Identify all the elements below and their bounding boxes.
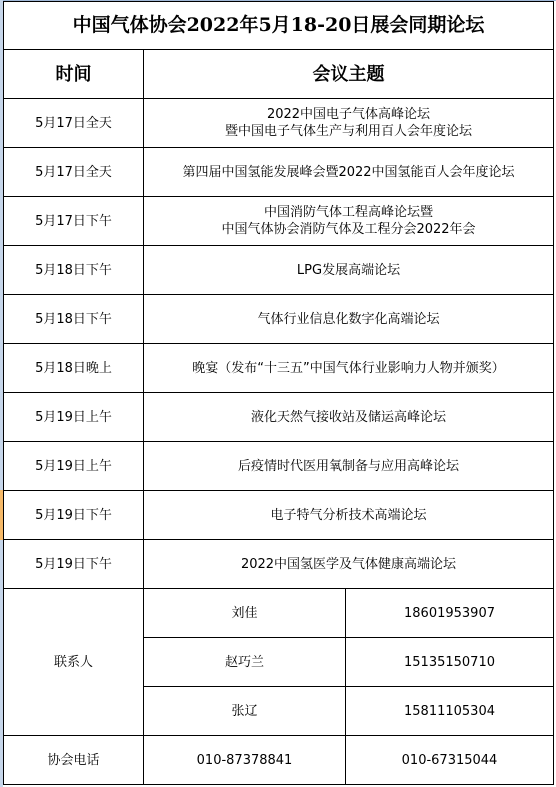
topic-cell[interactable]: 第四届中国氢能发展峰会暨2022中国氢能百人会年度论坛 <box>144 148 554 197</box>
topic-cell[interactable]: 晚宴（发布“十三五”中国气体行业影响力人物并颁奖） <box>144 344 554 393</box>
header-topic[interactable]: 会议主题 <box>144 50 554 99</box>
topic-cell[interactable]: 液化天然气接收站及储运高峰论坛 <box>144 393 554 442</box>
time-cell[interactable]: 5月18日下午 <box>4 295 144 344</box>
table-row: 5月19日上午 液化天然气接收站及储运高峰论坛 <box>4 393 554 442</box>
topic-cell[interactable]: 气体行业信息化数字化高端论坛 <box>144 295 554 344</box>
forum-schedule-table: 中国气体协会2022年5月18-20日展会同期论坛 时间 会议主题 5月17日全… <box>3 1 554 785</box>
topic-line: 暨中国电子气体生产与利用百人会年度论坛 <box>144 123 553 140</box>
table-row: 5月19日下午 2022中国氢医学及气体健康高端论坛 <box>4 540 554 589</box>
table-row: 5月17日全天 第四届中国氢能发展峰会暨2022中国氢能百人会年度论坛 <box>4 148 554 197</box>
header-time[interactable]: 时间 <box>4 50 144 99</box>
contact-phone[interactable]: 15811105304 <box>346 687 554 736</box>
time-cell[interactable]: 5月19日上午 <box>4 442 144 491</box>
association-phone-row: 协会电话 010-87378841 010-67315044 <box>4 736 554 785</box>
table-row: 5月18日晚上 晚宴（发布“十三五”中国气体行业影响力人物并颁奖） <box>4 344 554 393</box>
time-cell[interactable]: 5月19日下午 <box>4 491 144 540</box>
time-cell[interactable]: 5月18日晚上 <box>4 344 144 393</box>
time-cell[interactable]: 5月17日全天 <box>4 99 144 148</box>
time-cell[interactable]: 5月17日全天 <box>4 148 144 197</box>
contacts-label[interactable]: 联系人 <box>4 589 144 736</box>
table-title[interactable]: 中国气体协会2022年5月18-20日展会同期论坛 <box>4 2 554 50</box>
table-row: 5月17日全天 2022中国电子气体高峰论坛 暨中国电子气体生产与利用百人会年度… <box>4 99 554 148</box>
contact-name[interactable]: 赵巧兰 <box>144 638 346 687</box>
topic-line: 2022中国电子气体高峰论坛 <box>144 106 553 123</box>
time-cell[interactable]: 5月17日下午 <box>4 197 144 246</box>
contact-phone[interactable]: 18601953907 <box>346 589 554 638</box>
table-row: 5月19日下午 电子特气分析技术高端论坛 <box>4 491 554 540</box>
association-phone-2[interactable]: 010-67315044 <box>346 736 554 785</box>
association-phone-1[interactable]: 010-87378841 <box>144 736 346 785</box>
topic-cell[interactable]: 2022中国电子气体高峰论坛 暨中国电子气体生产与利用百人会年度论坛 <box>144 99 554 148</box>
topic-cell[interactable]: 中国消防气体工程高峰论坛暨 中国气体协会消防气体及工程分会2022年会 <box>144 197 554 246</box>
topic-line: 中国气体协会消防气体及工程分会2022年会 <box>144 221 553 238</box>
topic-line: 中国消防气体工程高峰论坛暨 <box>144 204 553 221</box>
contact-name[interactable]: 刘佳 <box>144 589 346 638</box>
table-row: 5月18日下午 LPG发展高端论坛 <box>4 246 554 295</box>
table-row: 5月19日上午 后疫情时代医用氧制备与应用高峰论坛 <box>4 442 554 491</box>
topic-cell[interactable]: LPG发展高端论坛 <box>144 246 554 295</box>
title-row: 中国气体协会2022年5月18-20日展会同期论坛 <box>4 2 554 50</box>
time-cell[interactable]: 5月19日下午 <box>4 540 144 589</box>
table-row: 5月17日下午 中国消防气体工程高峰论坛暨 中国气体协会消防气体及工程分会202… <box>4 197 554 246</box>
time-cell[interactable]: 5月19日上午 <box>4 393 144 442</box>
contact-name[interactable]: 张辽 <box>144 687 346 736</box>
table-row: 5月18日下午 气体行业信息化数字化高端论坛 <box>4 295 554 344</box>
header-row: 时间 会议主题 <box>4 50 554 99</box>
contact-phone[interactable]: 15135150710 <box>346 638 554 687</box>
association-phone-label[interactable]: 协会电话 <box>4 736 144 785</box>
contact-row: 联系人 刘佳 18601953907 <box>4 589 554 638</box>
topic-cell[interactable]: 后疫情时代医用氧制备与应用高峰论坛 <box>144 442 554 491</box>
topic-cell[interactable]: 2022中国氢医学及气体健康高端论坛 <box>144 540 554 589</box>
topic-cell[interactable]: 电子特气分析技术高端论坛 <box>144 491 554 540</box>
time-cell[interactable]: 5月18日下午 <box>4 246 144 295</box>
